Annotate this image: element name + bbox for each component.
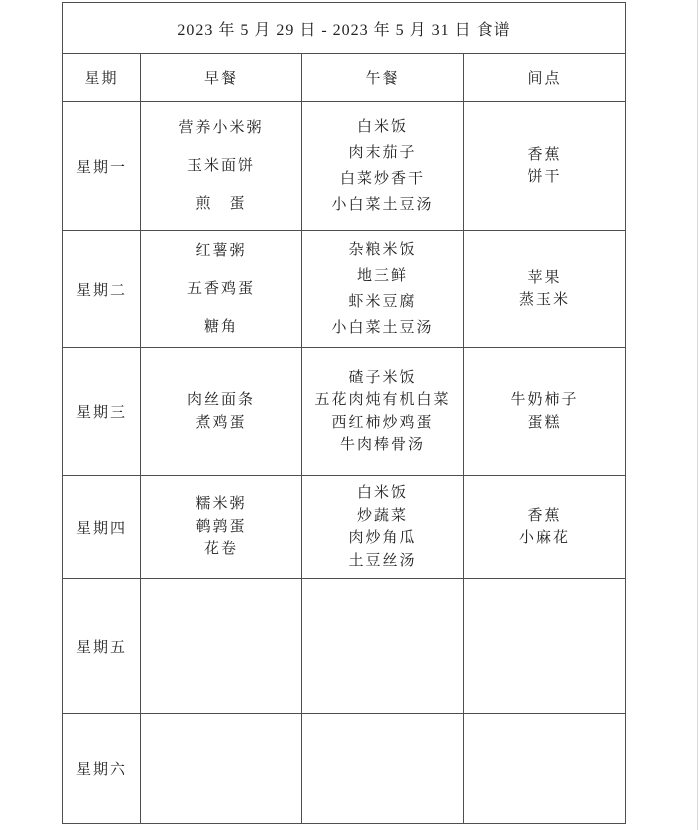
snack-cell: 牛奶柿子 蛋糕 xyxy=(464,348,626,476)
lunch-cell: 杂粮米饭 地三鲜 虾米豆腐 小白菜土豆汤 xyxy=(302,231,464,348)
table-row: 星期六 xyxy=(63,714,626,824)
breakfast-cell: 红薯粥 五香鸡蛋 糖角 xyxy=(141,231,302,348)
snack-cell xyxy=(464,714,626,824)
menu-table: 2023 年 5 月 29 日 - 2023 年 5 月 31 日 食谱 星期 … xyxy=(62,2,626,824)
header-snack: 间点 xyxy=(464,54,626,102)
table-title: 2023 年 5 月 29 日 - 2023 年 5 月 31 日 食谱 xyxy=(63,3,626,54)
snack-cell: 香蕉 饼干 xyxy=(464,102,626,231)
header-day: 星期 xyxy=(63,54,141,102)
day-cell: 星期二 xyxy=(63,231,141,348)
day-cell: 星期一 xyxy=(63,102,141,231)
snack-cell xyxy=(464,579,626,714)
lunch-cell xyxy=(302,714,464,824)
lunch-cell: 白米饭 炒蔬菜 肉炒角瓜 土豆丝汤 xyxy=(302,476,464,579)
day-cell: 星期六 xyxy=(63,714,141,824)
lunch-cell xyxy=(302,579,464,714)
breakfast-cell xyxy=(141,714,302,824)
day-cell: 星期五 xyxy=(63,579,141,714)
table-row: 星期四 糯米粥 鹌鹑蛋 花卷 白米饭 炒蔬菜 肉炒角瓜 土豆丝汤 香蕉 小麻花 xyxy=(63,476,626,579)
breakfast-cell: 肉丝面条 煮鸡蛋 xyxy=(141,348,302,476)
table-row: 星期五 xyxy=(63,579,626,714)
breakfast-cell: 营养小米粥 玉米面饼 煎 蛋 xyxy=(141,102,302,231)
breakfast-cell: 糯米粥 鹌鹑蛋 花卷 xyxy=(141,476,302,579)
day-cell: 星期三 xyxy=(63,348,141,476)
lunch-cell: 碴子米饭 五花肉炖有机白菜 西红柿炒鸡蛋 牛肉棒骨汤 xyxy=(302,348,464,476)
day-cell: 星期四 xyxy=(63,476,141,579)
title-row: 2023 年 5 月 29 日 - 2023 年 5 月 31 日 食谱 xyxy=(63,3,626,54)
snack-cell: 苹果 蒸玉米 xyxy=(464,231,626,348)
document-page: 2023 年 5 月 29 日 - 2023 年 5 月 31 日 食谱 星期 … xyxy=(0,0,700,830)
snack-cell: 香蕉 小麻花 xyxy=(464,476,626,579)
breakfast-cell xyxy=(141,579,302,714)
table-row: 星期二 红薯粥 五香鸡蛋 糖角 杂粮米饭 地三鲜 虾米豆腐 小白菜土豆汤 苹果 … xyxy=(63,231,626,348)
table-row: 星期三 肉丝面条 煮鸡蛋 碴子米饭 五花肉炖有机白菜 西红柿炒鸡蛋 牛肉棒骨汤 … xyxy=(63,348,626,476)
table-row: 星期一 营养小米粥 玉米面饼 煎 蛋 白米饭 肉末茄子 白菜炒香干 小白菜土豆汤… xyxy=(63,102,626,231)
header-lunch: 午餐 xyxy=(302,54,464,102)
lunch-cell: 白米饭 肉末茄子 白菜炒香干 小白菜土豆汤 xyxy=(302,102,464,231)
header-breakfast: 早餐 xyxy=(141,54,302,102)
header-row: 星期 早餐 午餐 间点 xyxy=(63,54,626,102)
page-edge-line xyxy=(697,0,698,830)
